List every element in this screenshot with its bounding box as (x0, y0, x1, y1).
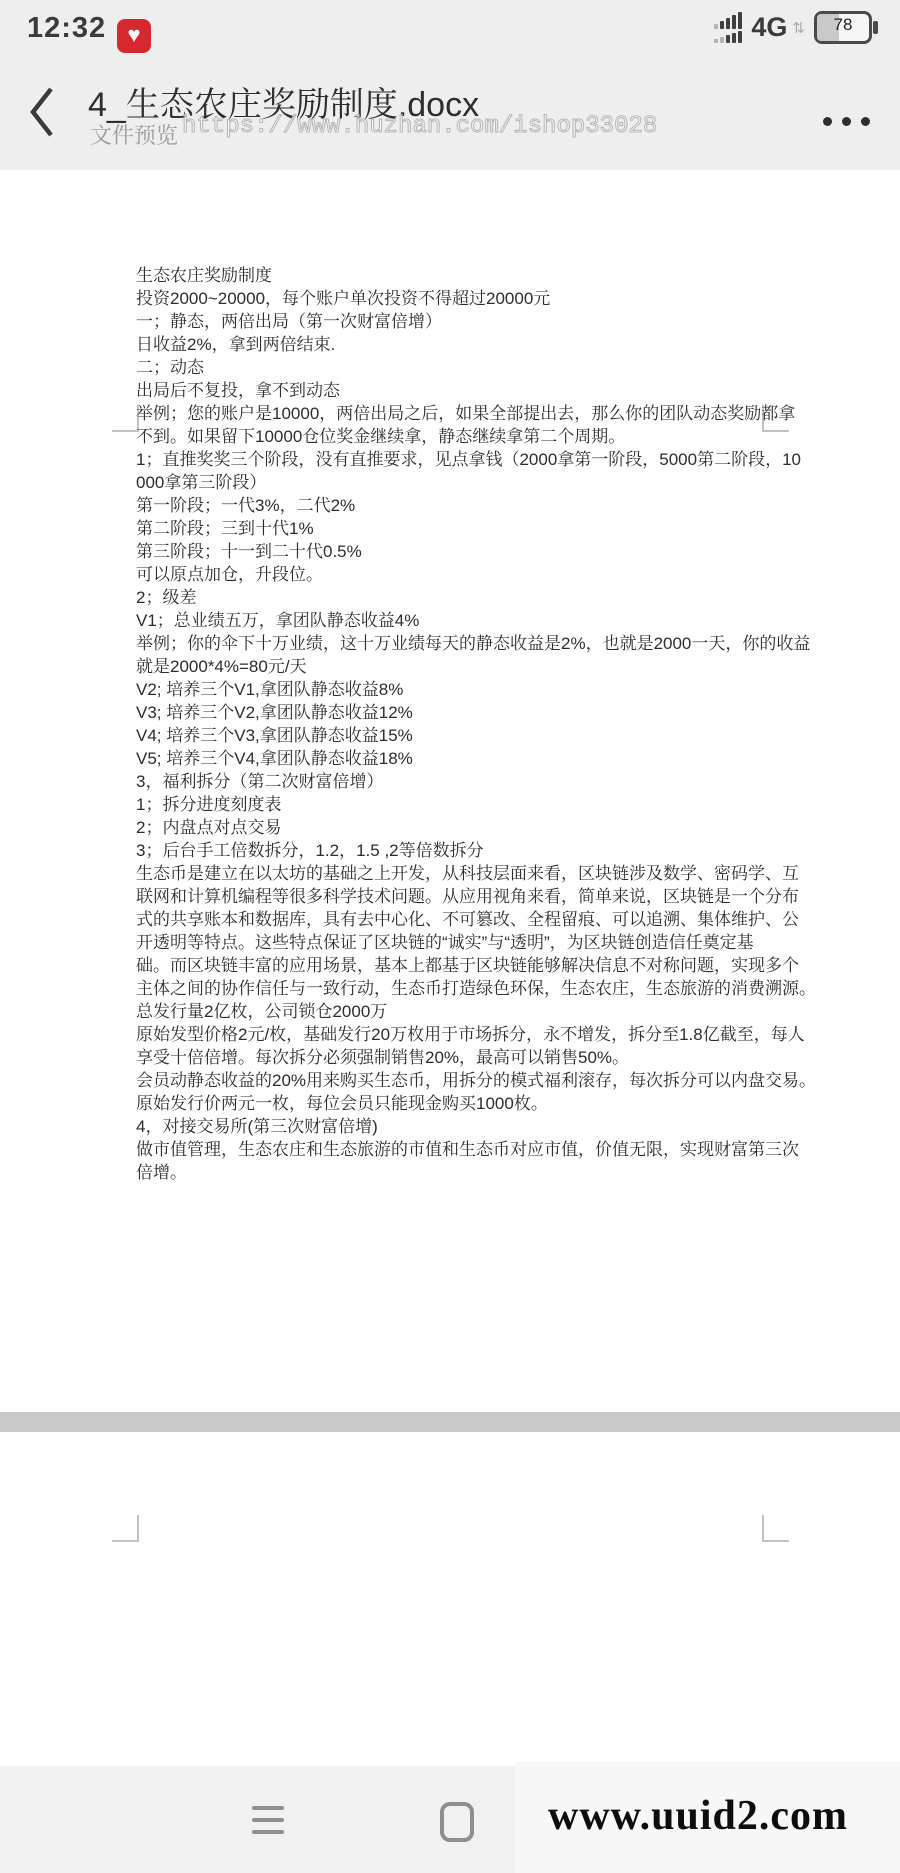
page-divider (0, 1412, 900, 1432)
document-line: V4; 培养三个V3,拿团队静态收益15% (136, 724, 806, 747)
document-line: 举例；您的账户是10000，两倍出局之后，如果全部提出去，那么你的团队动态奖励都… (136, 402, 806, 425)
document-line: 会员动静态收益的20%用来购买生态币，用拆分的模式福利滚存，每次拆分可以内盘交易… (136, 1069, 806, 1092)
document-line: 一；静态，两倍出局（第一次财富倍增） (136, 310, 806, 333)
document-line: 做市值管理，生态农庄和生态旅游的市值和生态币对应市值，价值无限，实现财富第三次 (136, 1138, 806, 1161)
home-button[interactable] (440, 1802, 474, 1842)
heart-app-notification-icon: ♥ (117, 19, 151, 53)
document-line: 开透明等特点。这些特点保证了区块链的“诚实”与“透明”，为区块链创造信任奠定基 (136, 931, 806, 954)
page2-corner-top-left (112, 1515, 139, 1542)
document-line: 3；后台手工倍数拆分，1.2，1.5 ,2等倍数拆分 (136, 839, 806, 862)
document-line: 第一阶段；一代3%，二代2% (136, 494, 806, 517)
recents-menu-button[interactable] (252, 1806, 284, 1842)
document-line: 主体之间的协作信任与一致行动，生态币打造绿色环保，生态农庄，生态旅游的消费溯源。 (136, 977, 806, 1000)
heart-icon: ♥ (127, 24, 140, 46)
document-line: 就是2000*4%=80元/天 (136, 655, 806, 678)
document-line: 享受十倍倍增。每次拆分必须强制销售20%，最高可以销售50%。 (136, 1046, 806, 1069)
document-line: 1；拆分进度刻度表 (136, 793, 806, 816)
status-indicators: 4G ⇅ 78 (714, 0, 872, 55)
chevron-left-icon (26, 81, 60, 143)
page1-corner-top-left (112, 405, 139, 432)
back-button[interactable] (26, 81, 60, 148)
network-type-label: 4G (751, 12, 787, 43)
document-line: 2；级差 (136, 586, 806, 609)
more-options-button[interactable] (823, 117, 870, 126)
document-line: 3，福利拆分（第二次财富倍增） (136, 770, 806, 793)
document-line: 日收益2%，拿到两倍结束. (136, 333, 806, 356)
clock-time: 12:32 (27, 12, 106, 45)
file-preview-header: 4_生态农庄奖励制度.docx 文件预览 https://www.huzhan.… (0, 55, 900, 170)
document-line: 二；动态 (136, 356, 806, 379)
document-line: 第二阶段；三到十代1% (136, 517, 806, 540)
document-line: V5; 培养三个V4,拿团队静态收益18% (136, 747, 806, 770)
document-line: 础。而区块链丰富的应用场景，基本上都基于区块链能够解决信息不对称问题，实现多个 (136, 954, 806, 977)
document-line: 生态币是建立在以太坊的基础之上开发，从科技层面来看，区块链涉及数学、密码学、互 (136, 862, 806, 885)
document-line: 投资2000~20000，每个账户单次投资不得超过20000元 (136, 287, 806, 310)
document-line: 000拿第三阶段） (136, 471, 806, 494)
document-line: 4，对接交易所(第三次财富倍增) (136, 1115, 806, 1138)
data-updown-arrows-icon: ⇅ (792, 19, 805, 37)
document-line: 总发行量2亿枚，公司锁仓2000万 (136, 1000, 806, 1023)
status-bar: 12:32 ♥ 4G ⇅ 78 (0, 0, 900, 55)
battery-icon: 78 (814, 11, 872, 44)
document-line: 1；直推奖奖三个阶段，没有直推要求，见点拿钱（2000拿第一阶段，5000第二阶… (136, 448, 806, 471)
document-line: 原始发行价两元一枚，每位会员只能现金购买1000枚。 (136, 1092, 806, 1115)
document-line: 式的共享账本和数据库，具有去中心化、不可篡改、全程留痕、可以追溯、集体维护、公 (136, 908, 806, 931)
document-line: 原始发型价格2元/枚，基础发行20万枚用于市场拆分，永不增发，拆分至1.8亿截至… (136, 1023, 806, 1046)
android-nav-bar: www.uuid2.com (0, 1766, 900, 1873)
document-line: 可以原点加仓，升段位。 (136, 563, 806, 586)
header-watermark: https://www.huzhan.com/ishop33028 (182, 113, 657, 140)
site-watermark: www.uuid2.com (548, 1792, 848, 1840)
document-text: 生态农庄奖励制度投资2000~20000，每个账户单次投资不得超过20000元一… (136, 264, 806, 1184)
page2-corner-top-right (762, 1515, 789, 1542)
battery-nub (873, 21, 878, 34)
document-line: V2; 培养三个V1,拿团队静态收益8% (136, 678, 806, 701)
battery-percent: 78 (817, 15, 869, 35)
document-line: V3; 培养三个V2,拿团队静态收益12% (136, 701, 806, 724)
signal-strength-icon (714, 12, 742, 43)
document-line: 不到。如果留下10000仓位奖金继续拿，静态继续拿第二个周期。 (136, 425, 806, 448)
document-line: 出局后不复投，拿不到动态 (136, 379, 806, 402)
preview-label: 文件预览 (90, 119, 178, 150)
document-line: 倍增。 (136, 1161, 806, 1184)
document-line: V1；总业绩五万，拿团队静态收益4% (136, 609, 806, 632)
phone-screen: 12:32 ♥ 4G ⇅ 78 (0, 0, 900, 1873)
document-line: 联网和计算机编程等很多科学技术问题。从应用视角来看，简单来说，区块链是一个分布 (136, 885, 806, 908)
document-line: 2；内盘点对点交易 (136, 816, 806, 839)
document-page-2[interactable] (0, 1432, 900, 1766)
document-line: 第三阶段；十一到二十代0.5% (136, 540, 806, 563)
document-line: 生态农庄奖励制度 (136, 264, 806, 287)
document-line: 举例；你的伞下十万业绩，这十万业绩每天的静态收益是2%，也就是2000一天，你的… (136, 632, 806, 655)
